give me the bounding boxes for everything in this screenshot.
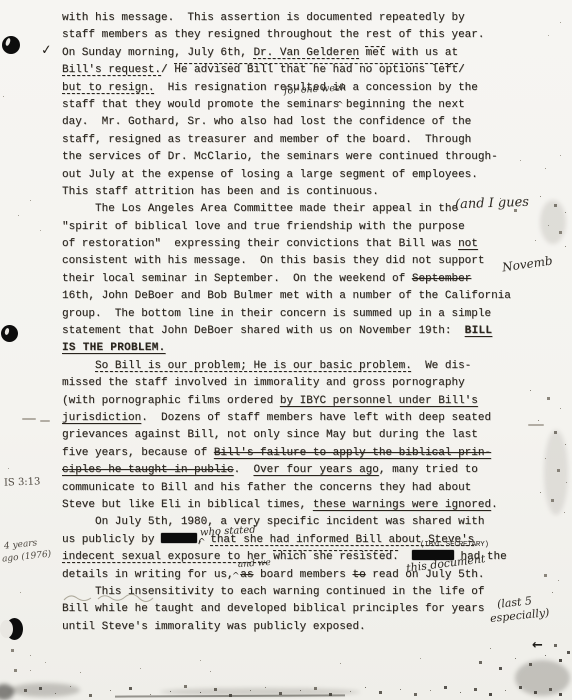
text-segment xyxy=(62,360,95,372)
handwriting-isaiah-reference: IS 3:13 xyxy=(4,476,41,488)
text-segment: staff members as they resigned throughou… xyxy=(62,29,484,41)
typed-line: Bill's request./ He advised Bill that he… xyxy=(62,62,567,79)
faint-scribble-annotation xyxy=(62,592,162,604)
text-segment: We dis- xyxy=(412,360,471,372)
text-segment: but to resign. xyxy=(62,82,154,94)
text-segment: . xyxy=(491,499,498,511)
typed-line: ciples he taught in public. Over four ye… xyxy=(62,462,567,479)
text-segment: IS THE PROBLEM. xyxy=(62,342,166,354)
text-segment: details in writing for us, xyxy=(62,569,240,581)
scan-smudge xyxy=(544,430,568,515)
typed-line: out July at the expense of losing a larg… xyxy=(62,167,567,184)
text-segment: board members xyxy=(253,569,352,581)
typed-line: statement that John DeBoer shared with u… xyxy=(62,323,567,340)
text-segment: 16th, John DeBoer and Bob Bulmer met wit… xyxy=(62,290,511,302)
text-segment: He advised Bill that he had no options l… xyxy=(174,64,458,76)
text-segment: This staff attrition has been and is con… xyxy=(62,186,379,198)
typed-text-block: with his message. This assertion is docu… xyxy=(62,10,567,636)
hole-punch-mark xyxy=(1,325,18,342)
hole-punch-mark xyxy=(6,618,23,640)
typed-line: day. Mr. Gothard, Sr. who also had lost … xyxy=(62,114,567,131)
arrow-annotation: ← xyxy=(532,638,543,653)
hole-punch-gloss xyxy=(5,38,11,47)
text-segment: of restoration" expressing their convict… xyxy=(62,238,458,250)
scan-noise-speckles xyxy=(0,0,1,1)
text-segment: communicate to Bill and his father the c… xyxy=(62,482,471,494)
text-segment: staff, resigned as treasurer and member … xyxy=(62,134,471,146)
text-segment: which she resisted. xyxy=(273,551,398,563)
text-segment: to xyxy=(352,569,365,581)
text-segment: On Sunday morning, July 6th, xyxy=(62,47,253,59)
text-segment xyxy=(359,47,366,59)
stray-dash-mark xyxy=(528,424,544,426)
typed-line: with his message. This assertion is docu… xyxy=(62,10,567,27)
caret-mark: ^ xyxy=(232,572,240,582)
text-segment: statement that John DeBoer shared with u… xyxy=(62,325,465,337)
scan-smudge xyxy=(0,684,14,700)
text-segment: grievances against Bill, not only since … xyxy=(62,429,478,441)
text-segment: staff that they would promote the semina… xyxy=(62,99,465,111)
typed-line: indecent sexual exposure to her which sh… xyxy=(62,549,567,566)
text-segment: Bill's failure to apply the biblical pri… xyxy=(214,447,491,459)
typed-line: details in writing for us, as board memb… xyxy=(62,567,567,584)
text-segment: day. Mr. Gothard, Sr. who also had lost … xyxy=(62,116,471,128)
text-segment: So Bill is our problem; He is our basic … xyxy=(95,360,412,372)
redaction-mark xyxy=(161,533,197,543)
typed-line: communicate to Bill and his father the c… xyxy=(62,480,567,497)
text-segment: out July at the expense of losing a larg… xyxy=(62,169,478,181)
text-segment: consistent with his message. On this bas… xyxy=(62,255,484,267)
text-segment: / xyxy=(458,64,465,76)
text-segment: On July 5th, 1980, a very specific incid… xyxy=(62,516,484,528)
text-segment: Steve but like Eli in biblical times, xyxy=(62,499,313,511)
typed-line: five years, because of Bill's failure to… xyxy=(62,445,567,462)
typed-line: 16th, John DeBoer and Bob Bulmer met wit… xyxy=(62,288,567,305)
handwriting-four-years-line1: 4 years xyxy=(4,538,38,551)
caret-mark: ^ xyxy=(336,101,344,111)
text-segment: Dr. Van Gelderen xyxy=(253,47,359,59)
text-segment: jurisdiction xyxy=(62,412,141,424)
text-segment: (with pornographic films ordered xyxy=(62,395,280,407)
text-segment: , many tried to xyxy=(379,464,478,476)
caret-mark: ^ xyxy=(198,538,206,548)
typed-line: jurisdiction. Dozens of staff members ha… xyxy=(62,410,567,427)
text-segment: . Dozens of staff members have left with… xyxy=(141,412,491,424)
typed-line: group. The bottom line in their concern … xyxy=(62,306,567,323)
typed-line: us publicly by , that she had informed B… xyxy=(62,532,567,549)
text-segment: The Los Angeles Area Committee made thei… xyxy=(62,203,458,215)
text-segment: their local seminar in September. On the… xyxy=(62,273,412,285)
scan-bottom-line xyxy=(115,694,345,697)
typed-line: staff that they would promote the semina… xyxy=(62,97,567,114)
handwriting-and-i-guess: (and I gues xyxy=(455,195,529,213)
typed-line: "spirit of biblical love and true friend… xyxy=(62,219,567,236)
text-segment: Bill while he taught and developed bibli… xyxy=(62,603,484,615)
scanned-document-page: with his message. This assertion is docu… xyxy=(0,0,572,700)
text-segment: . xyxy=(234,464,254,476)
text-segment: / xyxy=(161,64,174,76)
typed-line: their local seminar in September. On the… xyxy=(62,271,567,288)
text-segment: not xyxy=(458,238,478,250)
text-segment: Bill's request. xyxy=(62,64,161,76)
typed-line: On Sunday morning, July 6th, Dr. Van Gel… xyxy=(62,45,567,62)
scan-smudge xyxy=(515,660,570,696)
text-segment: BILL xyxy=(465,325,493,337)
text-segment: indecent sexual exposure to her xyxy=(62,551,267,563)
hole-punch-gloss xyxy=(4,328,10,336)
text-segment: met xyxy=(366,47,386,59)
handwriting-four-years-line2: ago (1976) xyxy=(2,549,52,564)
typed-line: grievances against Bill, not only since … xyxy=(62,427,567,444)
typed-line: (with pornographic films ordered by IBYC… xyxy=(62,393,567,410)
typed-line: IS THE PROBLEM. xyxy=(62,340,567,357)
text-segment: group. The bottom line in their concern … xyxy=(62,308,491,320)
stray-dash-mark xyxy=(22,418,36,420)
text-segment: with us at xyxy=(385,47,458,59)
checkmark-annotation: ✓ xyxy=(40,43,52,59)
text-segment: "spirit of biblical love and true friend… xyxy=(62,221,465,233)
typed-line: So Bill is our problem; He is our basic … xyxy=(62,358,567,375)
text-segment: by IBYC personnel under Bill's xyxy=(280,395,478,407)
typed-line: missed the staff involved in immorality … xyxy=(62,375,567,392)
text-segment: until Steve's immorality was publicly ex… xyxy=(62,621,366,633)
text-segment: September xyxy=(412,273,471,285)
text-segment: missed the staff involved in immorality … xyxy=(62,377,465,389)
text-segment: with his message. This assertion is docu… xyxy=(62,12,465,24)
typed-line: Steve but like Eli in biblical times, th… xyxy=(62,497,567,514)
text-segment: Over four years ago xyxy=(253,464,378,476)
typed-line: staff members as they resigned throughou… xyxy=(62,27,567,44)
text-segment: these warnings were ignored xyxy=(313,499,491,511)
text-segment: as xyxy=(240,569,253,581)
text-segment: us publicly by xyxy=(62,534,161,546)
text-segment: five years, because of xyxy=(62,447,214,459)
hole-punch-mark xyxy=(2,36,20,54)
text-segment: ciples he taught in public xyxy=(62,464,234,476)
scan-smudge xyxy=(540,200,566,244)
typed-line: On July 5th, 1980, a very specific incid… xyxy=(62,514,567,531)
typed-line: staff, resigned as treasurer and member … xyxy=(62,132,567,149)
typed-line: consistent with his message. On this bas… xyxy=(62,253,567,270)
text-segment: the services of Dr. McClario, the semina… xyxy=(62,151,498,163)
typed-line: the services of Dr. McClario, the semina… xyxy=(62,149,567,166)
typed-ibyc-secretary-note: (IBYC SECRETARY) xyxy=(420,541,489,549)
scan-smudge xyxy=(10,683,80,697)
hole-punch-gloss xyxy=(0,620,13,638)
typed-line: of restoration" expressing their convict… xyxy=(62,236,567,253)
stray-dash-mark xyxy=(40,420,50,422)
